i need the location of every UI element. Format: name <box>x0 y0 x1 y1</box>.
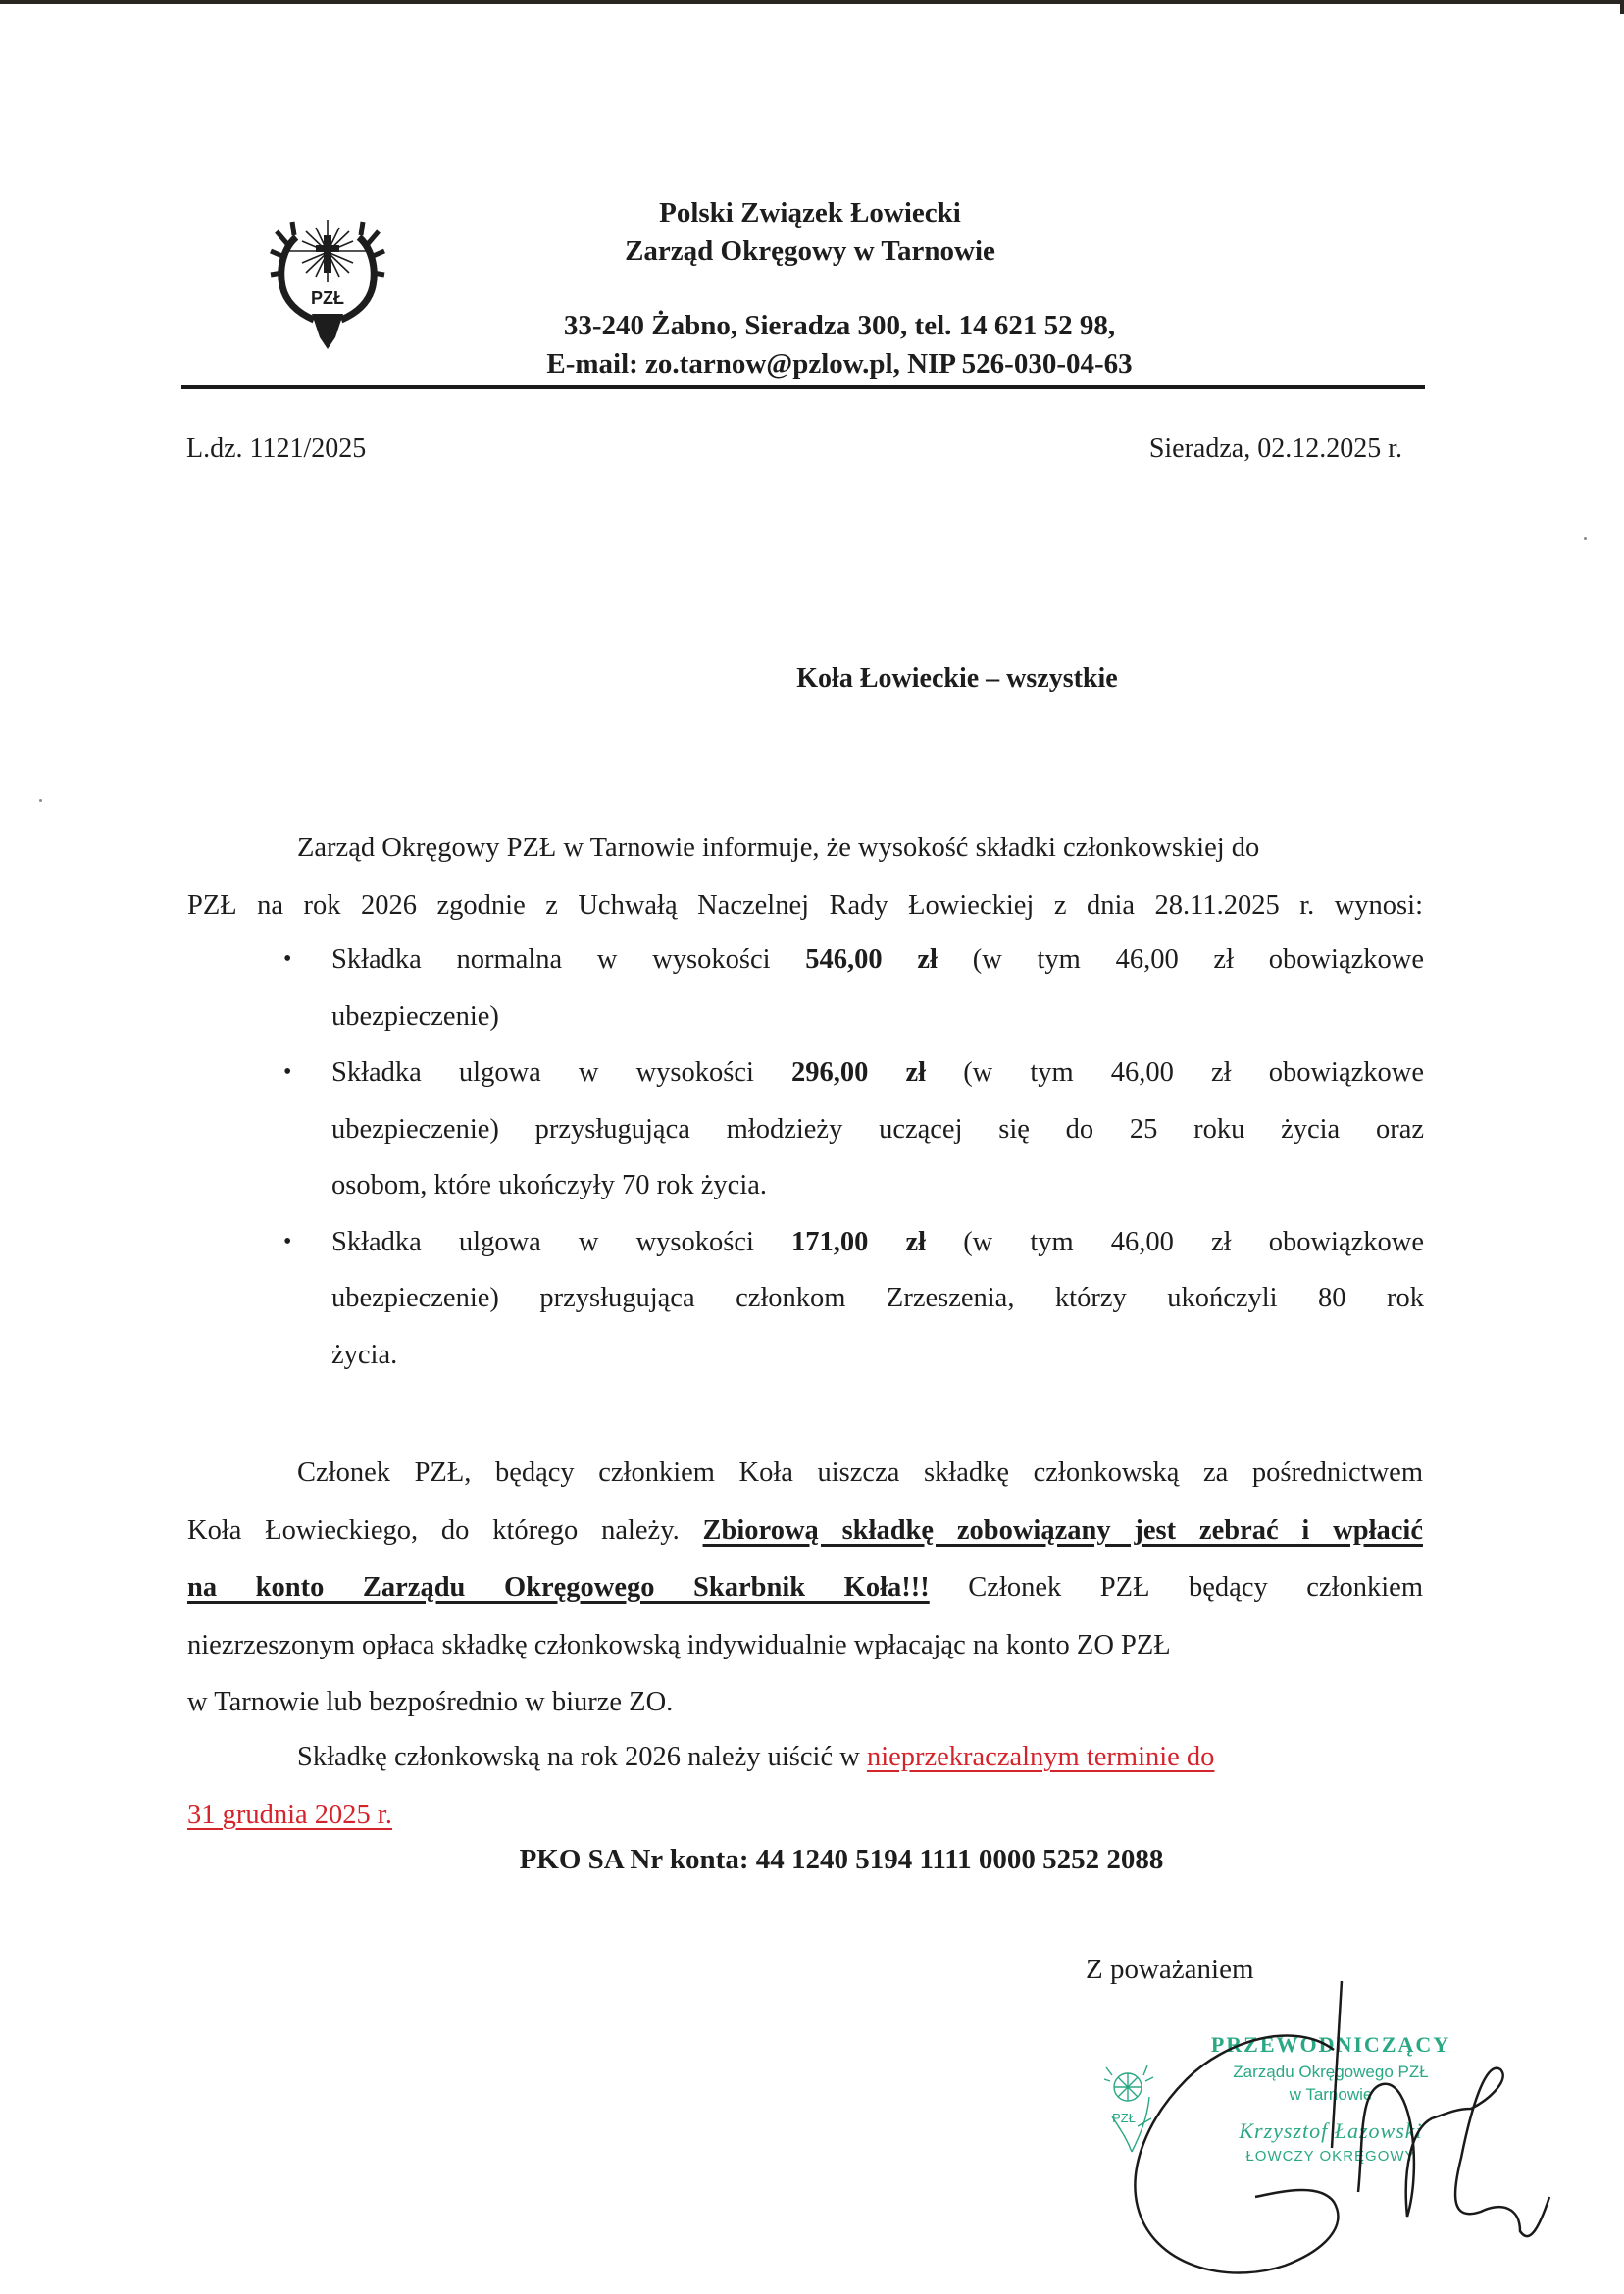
bullet-icon: • <box>283 932 291 989</box>
addressee: Koła Łowieckie – wszystkie <box>0 663 1624 694</box>
place-date: Sieradza, 02.12.2025 r. <box>1149 433 1402 465</box>
deadline-highlight: nieprzekraczalnym terminie do <box>867 1742 1215 1772</box>
fee-amount: 171,00 zł <box>791 1227 926 1257</box>
closing-salutation: Z poważaniem <box>1086 1954 1254 1986</box>
intro-line-2: PZŁ na rok 2026 zgodnie z Uchwałą Naczel… <box>187 878 1423 936</box>
stamp-unit: Zarządu Okręgowego PZŁ <box>1189 2063 1473 2082</box>
scan-corner-edge <box>1620 0 1624 14</box>
fee-detail-cont: ubezpieczenie) <box>331 989 1424 1045</box>
payment-line-3: Członek PZŁ będący członkiem <box>930 1572 1423 1603</box>
payment-emphasis: Zbiorową składkę zobowiązany jest zebrać… <box>703 1515 1423 1546</box>
stamp-name: Krzysztof Łazowski <box>1189 2118 1473 2144</box>
stamp-city: w Tarnowie <box>1189 2085 1473 2105</box>
payment-paragraph: Członek PZŁ, będący członkiem Koła uiszc… <box>187 1445 1423 1732</box>
bullet-icon: • <box>283 1214 291 1271</box>
fee-detail-cont: ubezpieczenie) przysługująca młodzieży u… <box>331 1101 1424 1158</box>
fee-item-over-80: • Składka ulgowa w wysokości 171,00 zł (… <box>331 1214 1424 1384</box>
fee-amount: 546,00 zł <box>805 944 938 975</box>
fee-detail: (w tym 46,00 zł obowiązkowe <box>938 944 1424 975</box>
payment-line-2: Koła Łowieckiego, do którego należy. <box>187 1515 703 1546</box>
payment-line-5: w Tarnowie lub bezpośrednio w biurze ZO. <box>187 1674 1423 1732</box>
letterhead-divider <box>181 385 1425 389</box>
fee-label: Składka ulgowa w wysokości <box>331 1227 791 1257</box>
stamp-role: ŁOWCZY OKRĘGOWY <box>1189 2148 1473 2165</box>
payment-line-4: niezrzeszonym opłaca składkę członkowską… <box>187 1617 1423 1675</box>
payment-line-1: Członek PZŁ, będący członkiem Koła uiszc… <box>187 1445 1423 1503</box>
fee-item-normal: • Składka normalna w wysokości 546,00 zł… <box>331 932 1424 1045</box>
fee-detail-cont: ubezpieczenie) przysługująca członkom Zr… <box>331 1270 1424 1327</box>
fee-detail: (w tym 46,00 zł obowiązkowe <box>926 1057 1424 1088</box>
pzl-stamp-emblem-icon: PZŁ <box>1098 2058 1167 2156</box>
intro-paragraph: Zarząd Okręgowy PZŁ w Tarnowie informuje… <box>187 820 1423 935</box>
bullet-icon: • <box>283 1045 291 1101</box>
scan-speck <box>1584 537 1587 540</box>
deadline-text: Składkę członkowską na rok 2026 należy u… <box>297 1742 867 1772</box>
scan-speck <box>39 799 42 802</box>
svg-text:PZŁ: PZŁ <box>311 288 344 308</box>
org-unit: Zarząd Okręgowy w Tarnowie <box>0 235 1622 268</box>
scan-top-edge <box>0 0 1624 4</box>
deadline-paragraph: Składkę członkowską na rok 2026 należy u… <box>187 1729 1423 1844</box>
intro-line-1: Zarząd Okręgowy PZŁ w Tarnowie informuje… <box>297 833 1259 863</box>
fee-label: Składka normalna w wysokości <box>331 944 805 975</box>
fee-item-youth-senior: • Składka ulgowa w wysokości 296,00 zł (… <box>331 1045 1424 1214</box>
payment-emphasis-cont: na konto Zarządu Okręgowego Skarbnik Koł… <box>187 1572 930 1603</box>
reference-number: L.dz. 1121/2025 <box>186 433 366 465</box>
org-contact: E-mail: zo.tarnow@pzlow.pl, NIP 526-030-… <box>27 348 1624 381</box>
fee-detail-cont: życia. <box>331 1327 1424 1384</box>
fee-list: • Składka normalna w wysokości 546,00 zł… <box>331 932 1424 1383</box>
deadline-date: 31 grudnia 2025 r. <box>187 1800 392 1830</box>
bank-account: PKO SA Nr konta: 44 1240 5194 1111 0000 … <box>29 1844 1624 1876</box>
official-stamp: PZŁ PRZEWODNICZĄCY Zarządu Okręgowego PZ… <box>1098 2020 1461 2217</box>
fee-label: Składka ulgowa w wysokości <box>331 1057 791 1088</box>
org-name: Polski Związek Łowiecki <box>0 197 1622 229</box>
fee-detail-cont: osobom, które ukończyły 70 rok życia. <box>331 1157 1424 1214</box>
stamp-title: PRZEWODNICZĄCY <box>1189 2032 1473 2058</box>
org-address: 33-240 Żabno, Sieradza 300, tel. 14 621 … <box>27 310 1624 342</box>
svg-text:PZŁ: PZŁ <box>1112 2111 1136 2125</box>
fee-detail: (w tym 46,00 zł obowiązkowe <box>926 1227 1424 1257</box>
fee-amount: 296,00 zł <box>791 1057 926 1088</box>
